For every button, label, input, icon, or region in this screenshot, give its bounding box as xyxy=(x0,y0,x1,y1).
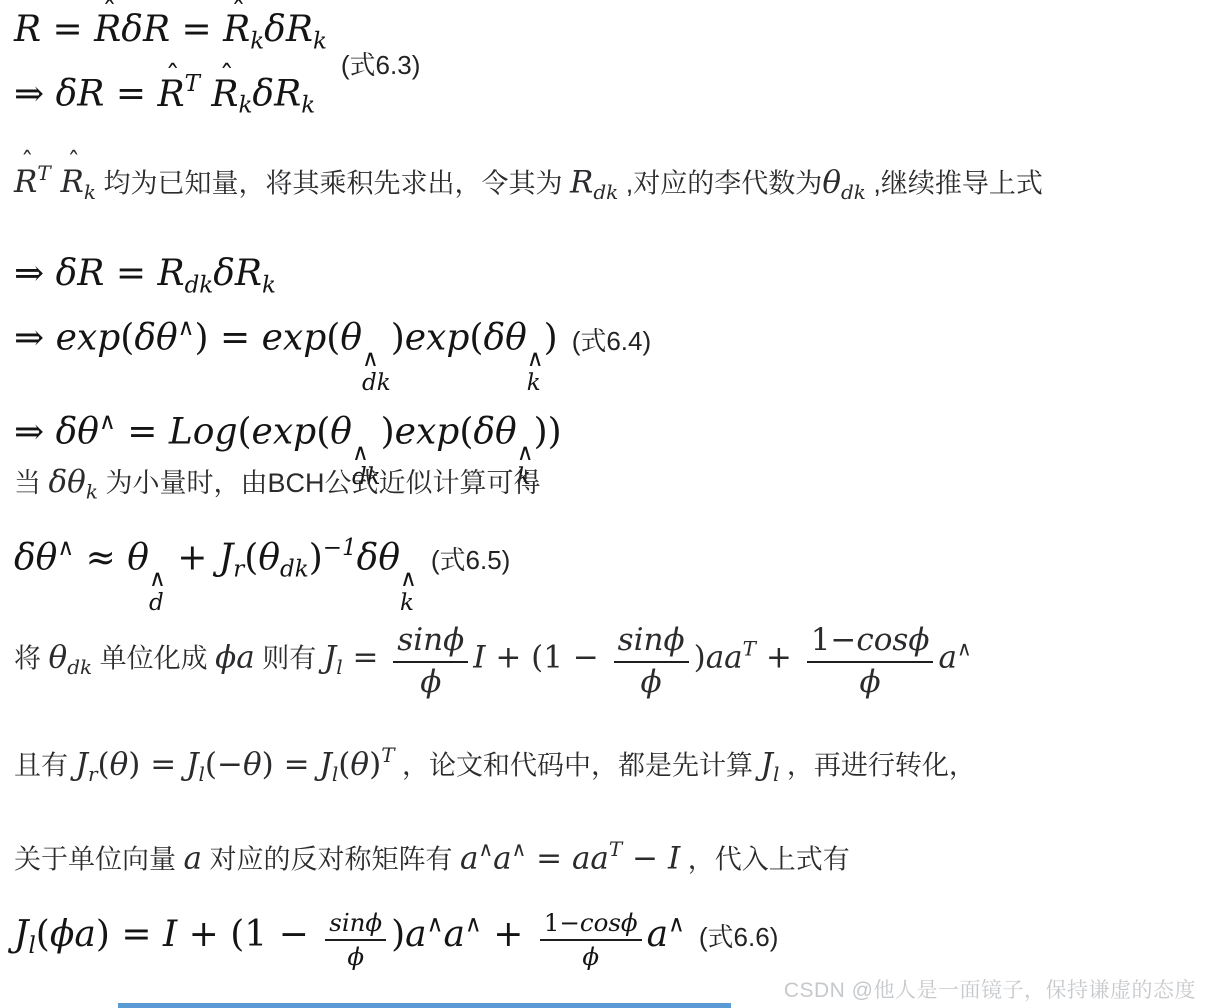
math-r: + xyxy=(482,914,535,955)
math-i: Log xyxy=(169,412,238,453)
math-r: ( xyxy=(244,537,258,578)
math-fr: 1−cosϕϕ xyxy=(807,622,934,702)
math-r: ) = xyxy=(96,914,163,955)
math-i: a xyxy=(184,840,202,876)
math-i: sinϕ xyxy=(397,622,464,658)
equation-6-6-line: Jl(ϕa) = I + (1 − sinϕϕ)a∧a∧ + 1−cosϕϕa∧… xyxy=(14,908,778,972)
math-r: ) xyxy=(694,640,706,676)
math-r: ) xyxy=(391,318,405,359)
math-cn: 均为已知量，将其乘积先求出，令其为 xyxy=(96,168,570,198)
math-sup: T xyxy=(381,743,394,767)
math-sup: T xyxy=(185,71,200,97)
math-r: ( xyxy=(338,746,350,782)
math-sub: k xyxy=(86,479,98,503)
math-i: J xyxy=(324,640,336,676)
math-i: ϕ xyxy=(860,664,881,700)
equation-tag: (式6.3) xyxy=(341,45,420,82)
math-i: ϕa xyxy=(215,640,255,676)
math-sub: dk xyxy=(185,272,214,298)
math-i: aa xyxy=(706,640,743,676)
math-sub: k xyxy=(84,180,96,204)
math-sub: k xyxy=(250,28,264,54)
math-i: θ xyxy=(258,537,280,578)
math-sup: ∧ xyxy=(465,912,482,938)
math-r: ⇒ xyxy=(14,318,56,359)
math-i: a xyxy=(493,840,511,876)
math-i: R xyxy=(570,164,593,200)
math-cn: ,继续推导上式 xyxy=(866,168,1043,198)
math-i: θ xyxy=(110,746,129,782)
math-r xyxy=(51,164,61,200)
math-r: + xyxy=(166,537,219,578)
math-cn: 关于单位向量 xyxy=(14,844,184,874)
math-i: θ xyxy=(49,640,68,676)
math-i: δθ xyxy=(56,412,99,453)
math-i: cosϕ xyxy=(856,622,929,658)
math-i: aa xyxy=(572,840,609,876)
math-i: θ xyxy=(340,318,362,359)
math-cn: 单位化成 xyxy=(92,644,215,674)
math-sub: dk xyxy=(593,180,618,204)
math-sub: k xyxy=(262,272,276,298)
equation-6-5-line: δθ∧ ≈ θ∧d + Jr(θdk)−1δθ∧k(式6.5) xyxy=(14,534,510,615)
math-r: + xyxy=(756,640,802,676)
math-r: ⇒ xyxy=(14,74,56,115)
math-sup: ∧ xyxy=(957,636,972,660)
math-i: a xyxy=(647,914,668,955)
math-r: ( xyxy=(36,914,50,955)
math-ss: ∧d xyxy=(149,567,166,615)
math-fr: sinϕϕ xyxy=(325,908,386,972)
math-r: = xyxy=(104,253,157,294)
paragraph-jr-jl-relation: 且有 Jr(θ) = Jl(−θ) = Jl(θ)T ，论文和代码中，都是先计算… xyxy=(14,740,976,790)
math-r: ) xyxy=(391,914,405,955)
math-i: δθ xyxy=(483,318,526,359)
math-i: a xyxy=(405,914,426,955)
math-r: ) xyxy=(534,412,548,453)
math-i: sinϕ xyxy=(618,622,685,658)
equation-6-5: δθ∧ ≈ θ∧d + Jr(θdk)−1δθ∧k(式6.5) xyxy=(14,534,510,628)
paragraph-bch-small-quantity: 当 δθk 为小量时，由BCH公式近似计算可得 xyxy=(14,458,540,507)
math-r: ) = xyxy=(262,746,320,782)
math-sup: ∧ xyxy=(178,315,195,341)
math-hat: ˆR xyxy=(61,158,84,206)
equation-group-6-3-line: ⇒ δR = ˆRT ˆRkδRk xyxy=(14,70,327,122)
math-sub: k xyxy=(238,93,252,119)
math-fr: sinϕϕ xyxy=(614,622,689,702)
math-hat: ˆR xyxy=(14,158,37,206)
math-r: ) = xyxy=(195,318,262,359)
math-cn: ，代入上式有 xyxy=(680,844,850,874)
math-r: = xyxy=(526,840,572,876)
math-r: ) xyxy=(381,412,395,453)
math-i: exp xyxy=(56,318,121,359)
math-r: ) xyxy=(548,412,562,453)
math-i: J xyxy=(14,914,28,955)
equation-group-6-4-line: ⇒ exp(δθ∧) = exp(θ∧dk)exp(δθ∧k)(式6.4) xyxy=(14,314,651,395)
math-hat: ˆR xyxy=(223,7,250,54)
math-r: ) = xyxy=(128,746,186,782)
math-sub: r xyxy=(88,762,98,786)
math-r: = xyxy=(170,9,223,50)
math-i: δR xyxy=(56,253,105,294)
math-i: J xyxy=(76,746,88,782)
paragraph-jl-definition-line: 将 θdk 单位化成 ϕa 则有 Jl = sinϕϕI + (1 − sinϕ… xyxy=(14,622,972,702)
math-sup: T xyxy=(609,837,622,861)
math-ss: ∧dk xyxy=(362,347,391,395)
math-sup: ∧ xyxy=(479,837,494,861)
math-i: δR xyxy=(213,253,262,294)
math-r: ⇒ xyxy=(14,412,56,453)
math-i: δθ xyxy=(14,537,57,578)
math-sup: ∧ xyxy=(57,535,74,561)
math-i: a xyxy=(443,914,464,955)
math-ss: ∧k xyxy=(400,567,417,615)
math-i: δR xyxy=(121,9,170,50)
math-cn: ，论文和代码中，都是先计算 xyxy=(395,750,761,780)
math-sub: k xyxy=(301,93,315,119)
math-r: ( xyxy=(459,412,473,453)
math-fr: sinϕϕ xyxy=(393,622,468,702)
paragraph-jl-definition: 将 θdk 单位化成 ϕa 则有 Jl = sinϕϕI + (1 − sinϕ… xyxy=(14,622,972,702)
math-fr: 1−cosϕϕ xyxy=(540,908,642,972)
paragraph-known-quantities: ˆRT ˆRk 均为已知量，将其乘积先求出，令其为 Rdk ,对应的李代数为θd… xyxy=(14,158,1043,208)
math-r: ⇒ xyxy=(14,253,56,294)
math-sub: l xyxy=(28,933,35,959)
math-r: = xyxy=(343,640,389,676)
math-ss: ∧k xyxy=(527,347,544,395)
math-r: ≈ xyxy=(74,537,127,578)
math-cn: 且有 xyxy=(14,750,76,780)
math-cn: 则有 xyxy=(255,644,324,674)
paragraph-known-quantities-line: ˆRT ˆRk 均为已知量，将其乘积先求出，令其为 Rdk ,对应的李代数为θd… xyxy=(14,158,1043,208)
math-sub: k xyxy=(313,28,327,54)
paragraph-jr-jl-relation-line: 且有 Jr(θ) = Jl(−θ) = Jl(θ)T ，论文和代码中，都是先计算… xyxy=(14,740,976,790)
math-i: I xyxy=(473,640,485,676)
math-sub: dk xyxy=(280,557,309,583)
math-i: δθ xyxy=(473,412,516,453)
math-i: θ xyxy=(350,746,369,782)
math-hat: ˆR xyxy=(157,72,184,119)
math-r: = xyxy=(41,9,94,50)
math-r: ( xyxy=(238,412,252,453)
math-sup: ∧ xyxy=(99,409,116,435)
math-r: − xyxy=(622,840,668,876)
math-sup: ∧ xyxy=(512,837,527,861)
math-cn: 为小量时，由BCH公式近似计算可得 xyxy=(98,468,541,498)
math-i: a xyxy=(938,640,956,676)
math-hat: ˆR xyxy=(94,7,121,54)
math-i: ϕa xyxy=(50,914,96,955)
math-sup: ∧ xyxy=(427,912,444,938)
math-i: a xyxy=(460,840,478,876)
math-i: θ xyxy=(127,537,149,578)
math-r: 1− xyxy=(811,622,857,658)
math-i: J xyxy=(761,746,773,782)
math-i: sinϕ xyxy=(329,908,382,937)
equation-group-6-3: R = ˆRδR = ˆRkδRk⇒ δR = ˆRT ˆRkδRk(式6.3) xyxy=(14,6,420,122)
math-r: + (1 − xyxy=(485,640,608,676)
math-r: (− xyxy=(205,746,243,782)
math-r: ) xyxy=(309,537,323,578)
math-i: exp xyxy=(405,318,470,359)
equation-group-6-3-lines: R = ˆRδR = ˆRkδRk⇒ δR = ˆRT ˆRkδRk xyxy=(14,6,327,122)
math-r: = xyxy=(116,412,169,453)
math-r: ( xyxy=(120,318,134,359)
math-r: + (1 − xyxy=(177,914,320,955)
math-r xyxy=(200,74,211,115)
math-cn: 当 xyxy=(14,468,49,498)
math-i: cosϕ xyxy=(580,908,638,937)
selection-highlight-bar xyxy=(118,1003,731,1008)
paragraph-bch-small-quantity-line: 当 δθk 为小量时，由BCH公式近似计算可得 xyxy=(14,458,540,507)
math-i: exp xyxy=(252,412,317,453)
math-i: θ xyxy=(243,746,262,782)
math-cn: 对应的反对称矩阵有 xyxy=(202,844,460,874)
equation-group-6-3-line: R = ˆRδR = ˆRkδRk xyxy=(14,6,327,57)
math-sup: ∧ xyxy=(668,912,685,938)
paragraph-skew-symmetric: 关于单位向量 a 对应的反对称矩阵有 a∧a∧ = aaT − I ，代入上式有 xyxy=(14,834,850,882)
math-i: δR xyxy=(252,74,301,115)
csdn-watermark: CSDN @他人是一面镜子，保持谦虚的态度 xyxy=(784,974,1196,1004)
math-i: ϕ xyxy=(420,664,441,700)
math-i: R xyxy=(14,9,41,50)
equation-group-6-4-line: ⇒ δR = RdkδRk xyxy=(14,250,651,301)
math-i: R xyxy=(157,253,184,294)
math-r: ) xyxy=(544,318,558,359)
equation-tag: (式6.6) xyxy=(699,922,778,952)
math-i: δR xyxy=(264,9,313,50)
math-sub: r xyxy=(233,557,244,583)
math-i: θ xyxy=(330,412,352,453)
math-r: ( xyxy=(316,412,330,453)
math-i: θ xyxy=(822,164,841,200)
math-r: ( xyxy=(326,318,340,359)
math-cn: ，再进行转化， xyxy=(779,750,976,780)
math-r: 1− xyxy=(544,908,580,937)
math-r: ( xyxy=(98,746,110,782)
equation-tag: (式6.5) xyxy=(431,545,510,575)
math-i: δR xyxy=(56,74,105,115)
math-i: ϕ xyxy=(641,664,662,700)
math-i: ϕ xyxy=(582,942,599,971)
math-i: J xyxy=(186,746,198,782)
math-hat: ˆR xyxy=(211,72,238,119)
math-r: = xyxy=(104,74,157,115)
math-i: I xyxy=(163,914,177,955)
math-i: ϕ xyxy=(347,942,364,971)
math-r: ( xyxy=(469,318,483,359)
math-sub: dk xyxy=(841,180,866,204)
math-sup: T xyxy=(743,636,756,660)
math-sup: T xyxy=(37,161,50,185)
math-i: I xyxy=(668,840,680,876)
math-r: ) xyxy=(369,746,381,782)
math-i: exp xyxy=(395,412,460,453)
paragraph-skew-symmetric-line: 关于单位向量 a 对应的反对称矩阵有 a∧a∧ = aaT − I ，代入上式有 xyxy=(14,834,850,882)
math-cn: 将 xyxy=(14,644,49,674)
math-i: δθ xyxy=(49,464,86,500)
equation-6-6: Jl(ϕa) = I + (1 − sinϕϕ)a∧a∧ + 1−cosϕϕa∧… xyxy=(14,908,778,985)
math-i: δθ xyxy=(357,537,400,578)
math-i: δθ xyxy=(134,318,177,359)
math-sub: dk xyxy=(67,655,92,679)
math-i: J xyxy=(319,746,331,782)
math-i: J xyxy=(219,537,233,578)
equation-tag: (式6.4) xyxy=(572,326,651,356)
math-sup: −1 xyxy=(323,535,357,561)
math-cn: ,对应的李代数为 xyxy=(618,168,822,198)
math-i: exp xyxy=(262,318,327,359)
blog-post-content: R = ˆRδR = ˆRkδRk⇒ δR = ˆRT ˆRkδRk(式6.3)… xyxy=(0,0,1210,1008)
